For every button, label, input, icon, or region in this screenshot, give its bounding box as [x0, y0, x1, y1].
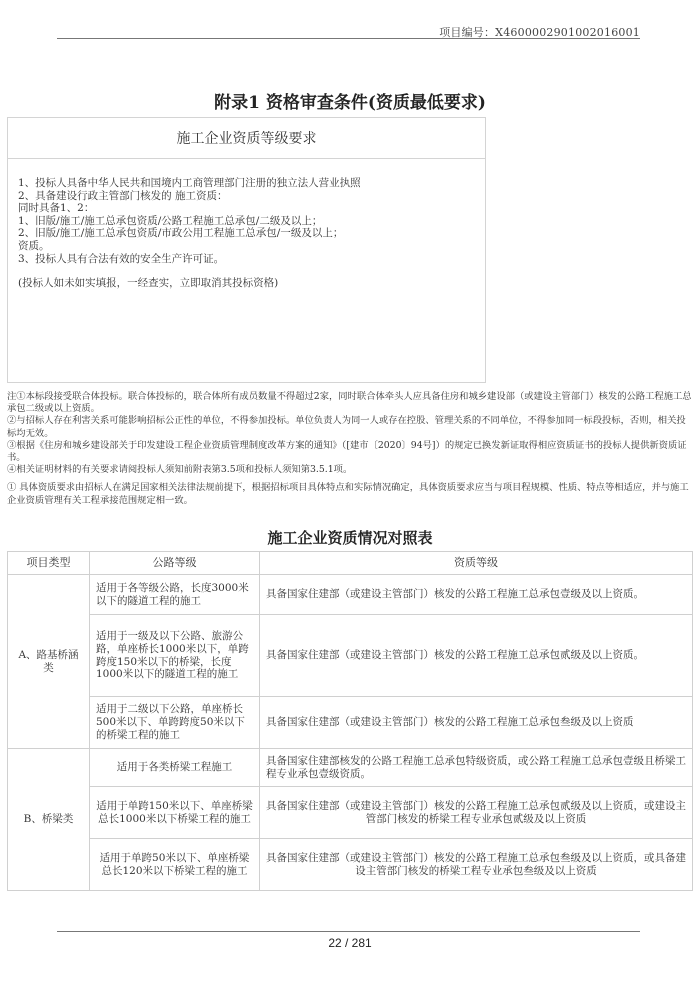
qualification-cell: 具备国家住建部（或建设主管部门）核发的公路工程施工总承包壹级及以上资质。	[260, 575, 693, 615]
page-title: 附录1 资格审查条件(资质最低要求)	[0, 88, 700, 113]
table-row: 适用于单跨150米以下、单座桥梁总长1000米以下桥梁工程的施工 具备国家住建部…	[8, 787, 693, 839]
qualification-box-heading: 施工企业资质等级要求	[8, 118, 485, 159]
road-grade-cell: 适用于各类桥梁工程施工	[90, 749, 260, 787]
project-type-cell: A、路基桥涵类	[8, 575, 90, 749]
requirement-line: 同时具备1、2：	[18, 202, 475, 215]
qualification-comparison-table: 项目类型 公路等级 资质等级 A、路基桥涵类 适用于各等级公路，长度3000米以…	[7, 551, 693, 891]
road-grade-cell: 适用于二级以下公路，单座桥长500米以下、单跨跨度50米以下的桥梁工程的施工	[90, 697, 260, 749]
spacer	[18, 265, 475, 277]
qualification-cell: 具备国家住建部（或建设主管部门）核发的公路工程施工总承包贰级及以上资质。	[260, 615, 693, 697]
road-grade-cell: 适用于各等级公路，长度3000米以下的隧道工程的施工	[90, 575, 260, 615]
requirement-line: 2、旧版/施工/施工总承包资质/市政公用工程施工总承包/一级及以上；	[18, 227, 475, 240]
header-divider	[57, 38, 640, 39]
note-item: 注①本标段接受联合体投标。联合体投标的，联合体所有成员数量不得超过2家，同时联合…	[7, 391, 692, 415]
column-header-road-grade: 公路等级	[90, 552, 260, 575]
qualification-cell: 具备国家住建部核发的公路工程施工总承包特级资质，或公路工程施工总承包壹级且桥梁工…	[260, 749, 693, 787]
road-grade-cell: 适用于单跨50米以下、单座桥梁总长120米以下桥梁工程的施工	[90, 839, 260, 891]
note-item: ④相关证明材料的有关要求请阅投标人须知前附表第3.5项和投标人须知第3.5.1项…	[7, 464, 692, 476]
footer-divider	[57, 931, 640, 932]
qualification-cell: 具备国家住建部（或建设主管部门）核发的公路工程施工总承包叁级及以上资质	[260, 697, 693, 749]
table-row: 适用于二级以下公路，单座桥长500米以下、单跨跨度50米以下的桥梁工程的施工 具…	[8, 697, 693, 749]
requirement-warning: (投标人如未如实填报，一经查实，立即取消其投标资格)	[18, 277, 475, 290]
requirement-line: 1、旧版/施工/施工总承包资质/公路工程施工总承包/二级及以上；	[18, 215, 475, 228]
qualification-box-body: 1、投标人具备中华人民共和国境内工商管理部门注册的独立法人营业执照 2、具备建设…	[8, 159, 485, 290]
column-header-qualification-level: 资质等级	[260, 552, 693, 575]
requirement-line: 2、具备建设行政主管部门核发的 施工资质：	[18, 190, 475, 203]
column-header-project-type: 项目类型	[8, 552, 90, 575]
table-title: 施工企业资质情况对照表	[0, 527, 700, 548]
note-item: ②与招标人存在利害关系可能影响招标公正性的单位，不得参加投标。单位负责人为同一人…	[7, 415, 692, 439]
project-type-cell: B、桥梁类	[8, 749, 90, 891]
notes-section: 注①本标段接受联合体投标。联合体投标的，联合体所有成员数量不得超过2家，同时联合…	[7, 391, 692, 507]
road-grade-cell: 适用于一级及以下公路、旅游公路，单座桥长1000米以下，单跨跨度150米以下的桥…	[90, 615, 260, 697]
note-item: ① 具体资质要求由招标人在满足国家相关法律法规前提下，根据招标项目具体特点和实际…	[7, 482, 692, 506]
requirement-line: 1、投标人具备中华人民共和国境内工商管理部门注册的独立法人营业执照	[18, 177, 475, 190]
road-grade-cell: 适用于单跨150米以下、单座桥梁总长1000米以下桥梁工程的施工	[90, 787, 260, 839]
qualification-cell: 具备国家住建部（或建设主管部门）核发的公路工程施工总承包叁级及以上资质，或具备建…	[260, 839, 693, 891]
note-item: ③根据《住房和城乡建设部关于印发建设工程企业资质管理制度改革方案的通知》（[建市…	[7, 440, 692, 464]
requirement-line: 资质。	[18, 240, 475, 253]
table-row: B、桥梁类 适用于各类桥梁工程施工 具备国家住建部核发的公路工程施工总承包特级资…	[8, 749, 693, 787]
table-row: A、路基桥涵类 适用于各等级公路，长度3000米以下的隧道工程的施工 具备国家住…	[8, 575, 693, 615]
requirement-line: 3、投标人具有合法有效的安全生产许可证。	[18, 253, 475, 266]
table-row: 适用于一级及以下公路、旅游公路，单座桥长1000米以下，单跨跨度150米以下的桥…	[8, 615, 693, 697]
qualification-requirements-box: 施工企业资质等级要求 1、投标人具备中华人民共和国境内工商管理部门注册的独立法人…	[7, 117, 486, 383]
table-header-row: 项目类型 公路等级 资质等级	[8, 552, 693, 575]
table-row: 适用于单跨50米以下、单座桥梁总长120米以下桥梁工程的施工 具备国家住建部（或…	[8, 839, 693, 891]
page-indicator: 22 / 281	[0, 936, 700, 950]
qualification-cell: 具备国家住建部（或建设主管部门）核发的公路工程施工总承包贰级及以上资质，或建设主…	[260, 787, 693, 839]
